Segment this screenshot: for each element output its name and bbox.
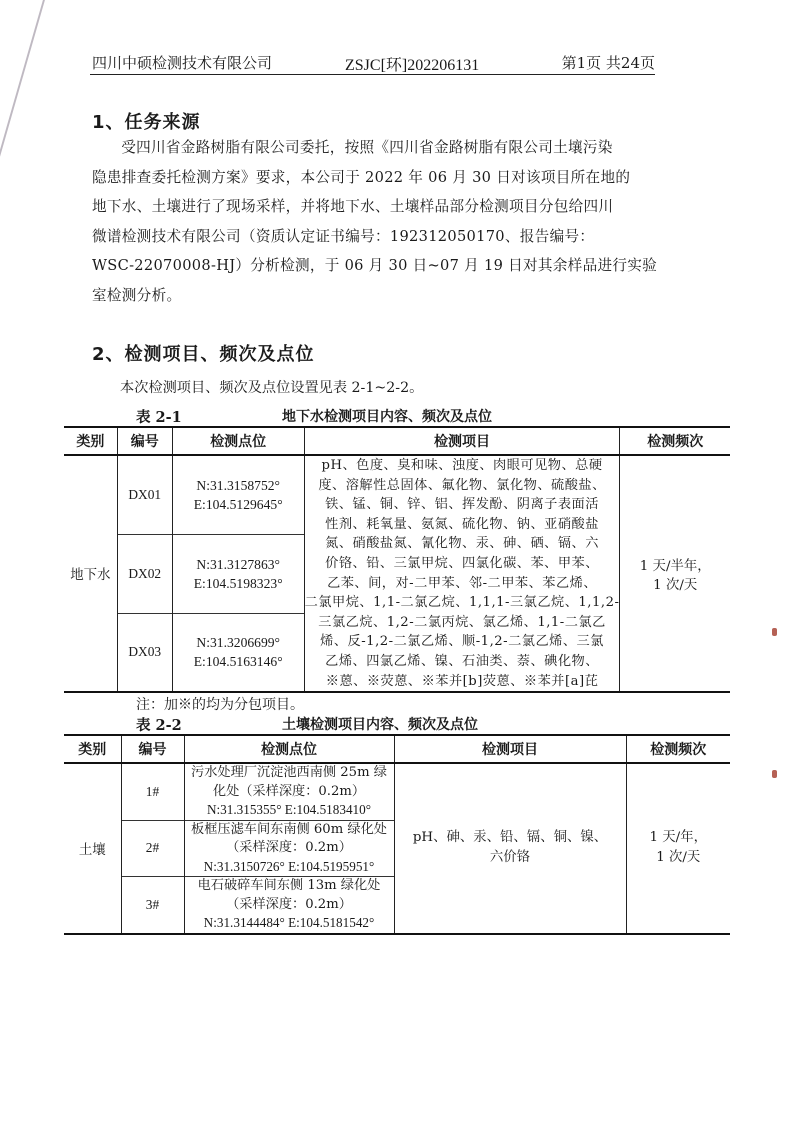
items-line: pH、色度、臭和味、浊度、肉眼可见物、总硬 — [305, 456, 620, 476]
table-1-caption: 地下水检测项目内容、频次及点位 — [282, 406, 492, 426]
location-desc: 电石破碎车间东侧 13m 绿化处 — [185, 877, 394, 896]
table-header-row: 类别 编号 检测点位 检测项目 检测频次 — [64, 735, 730, 763]
section-1-title: 1、任务来源 — [92, 108, 201, 134]
category-cell: 土壤 — [64, 763, 121, 934]
longitude: E:104.5129645° — [173, 495, 304, 514]
header-items: 检测项目 — [394, 735, 626, 763]
page-number: 第1页 共24页 — [562, 52, 655, 73]
location-desc: 污水处理厂沉淀池西南侧 25m 绿 — [185, 764, 394, 783]
scan-fold-shadow — [0, 0, 88, 170]
items-line: 烯、反-1,2-二氯乙烯、顺-1,2-二氯乙烯、三氯 — [305, 632, 620, 652]
table-row: 土壤 1# 污水处理厂沉淀池西南侧 25m 绿 化处（采样深度：0.2m） N:… — [64, 763, 730, 820]
frequency-line: 1 次/天 — [620, 574, 730, 593]
report-code: ZSJC[环]202206131 — [345, 52, 479, 75]
header-frequency: 检测频次 — [626, 735, 730, 763]
header-category: 类别 — [64, 427, 117, 455]
point-location: 污水处理厂沉淀池西南侧 25m 绿 化处（采样深度：0.2m） N:31.315… — [184, 763, 394, 820]
section-1-paragraph: 受四川省金路树脂有限公司委托，按照《四川省金路树脂有限公司土壤污染 隐患排查委托… — [92, 133, 662, 310]
items-line: 性剂、耗氧量、氨氮、硫化物、钠、亚硝酸盐 — [305, 515, 620, 535]
table-note: 注：加※的均为分包项目。 — [136, 694, 304, 714]
latitude: N:31.3127863° — [173, 555, 304, 574]
items-line: 二氯甲烷、1,1-二氯乙烷、1,1,1-三氯乙烷、1,1,2- — [305, 593, 620, 613]
paragraph-line: 地下水、土壤进行了现场采样，并将地下水、土壤样品部分检测项目分包给四川 — [92, 192, 662, 222]
paragraph-line: 受四川省金路树脂有限公司委托，按照《四川省金路树脂有限公司土壤污染 — [92, 133, 662, 163]
header-items: 检测项目 — [304, 427, 620, 455]
frequency-cell: 1 天/年， 1 次/天 — [626, 763, 730, 934]
point-coords: N:31.3144484° E:104.5181542° — [185, 914, 394, 933]
page-header: 四川中硕检测技术有限公司 ZSJC[环]202206131 第1页 共24页 — [90, 50, 655, 75]
sampling-depth: （采样深度：0.2m） — [185, 839, 394, 858]
category-cell: 地下水 — [64, 455, 117, 692]
point-id: 3# — [121, 877, 184, 934]
latitude: N:31.3206699° — [173, 633, 304, 652]
groundwater-table: 类别 编号 检测点位 检测项目 检测频次 地下水 DX01 N:31.31587… — [64, 426, 730, 693]
header-frequency: 检测频次 — [620, 427, 730, 455]
point-id: DX03 — [117, 613, 172, 692]
point-coords: N:31.315355° E:104.5183410° — [185, 801, 394, 820]
items-line: 度、溶解性总固体、氟化物、氯化物、硫酸盐、 — [305, 476, 620, 496]
table-1-number: 表 2-1 — [136, 406, 182, 427]
items-line: 六价铬 — [395, 848, 626, 868]
point-id: 1# — [121, 763, 184, 820]
soil-table: 类别 编号 检测点位 检测项目 检测频次 土壤 1# 污水处理厂沉淀池西南侧 2… — [64, 734, 730, 935]
longitude: E:104.5163146° — [173, 652, 304, 671]
items-cell: pH、色度、臭和味、浊度、肉眼可见物、总硬 度、溶解性总固体、氟化物、氯化物、硫… — [304, 455, 620, 692]
table-2-caption: 土壤检测项目内容、频次及点位 — [282, 714, 478, 734]
point-id: DX01 — [117, 455, 172, 534]
point-coords: N:31.3127863° E:104.5198323° — [172, 534, 304, 613]
company-name: 四川中硕检测技术有限公司 — [92, 52, 272, 73]
items-line: 乙苯、间，对-二甲苯、邻-二甲苯、苯乙烯、 — [305, 574, 620, 594]
longitude: E:104.5198323° — [173, 574, 304, 593]
section-2-title: 2、检测项目、频次及点位 — [92, 340, 315, 366]
items-line: pH、砷、汞、铅、镉、铜、镍、 — [395, 828, 626, 848]
items-line: 乙烯、四氯乙烯、镍、石油类、萘、碘化物、 — [305, 652, 620, 672]
header-location: 检测点位 — [184, 735, 394, 763]
point-location: 板框压滤车间东南侧 60m 绿化处 （采样深度：0.2m） N:31.31507… — [184, 820, 394, 877]
sampling-depth: 化处（采样深度：0.2m） — [185, 783, 394, 802]
header-id: 编号 — [117, 427, 172, 455]
header-category: 类别 — [64, 735, 121, 763]
paragraph-line: 室检测分析。 — [92, 281, 662, 311]
items-line: 价铬、铅、三氯甲烷、四氯化碳、苯、甲苯、 — [305, 554, 620, 574]
header-id: 编号 — [121, 735, 184, 763]
point-id: 2# — [121, 820, 184, 877]
frequency-line: 1 次/天 — [627, 848, 731, 868]
point-id: DX02 — [117, 534, 172, 613]
items-line: 氮、硝酸盐氮、氰化物、汞、砷、硒、镉、六 — [305, 534, 620, 554]
point-coords: N:31.3158752° E:104.5129645° — [172, 455, 304, 534]
frequency-cell: 1 天/半年， 1 次/天 — [620, 455, 730, 692]
sampling-depth: （采样深度：0.2m） — [185, 896, 394, 915]
paragraph-line: 隐患排查委托检测方案》要求，本公司于 2022 年 06 月 30 日对该项目所… — [92, 163, 662, 193]
items-cell: pH、砷、汞、铅、镉、铜、镍、 六价铬 — [394, 763, 626, 934]
latitude: N:31.3158752° — [173, 476, 304, 495]
items-line: ※蒽、※荧蒽、※苯并[b]荧蒽、※苯并[a]芘 — [305, 672, 620, 692]
point-coords: N:31.3206699° E:104.5163146° — [172, 613, 304, 692]
header-location: 检测点位 — [172, 427, 304, 455]
items-line: 三氯乙烷、1,2-二氯丙烷、氯乙烯、1,1-二氯乙 — [305, 613, 620, 633]
location-desc: 板框压滤车间东南侧 60m 绿化处 — [185, 821, 394, 840]
scan-mark — [772, 628, 777, 636]
point-coords: N:31.3150726° E:104.5195951° — [185, 858, 394, 877]
paragraph-line: WSC-22070008-HJ）分析检测，于 06 月 30 日~07 月 19… — [92, 251, 662, 281]
paragraph-line: 微谱检测技术有限公司（资质认定证书编号：192312050170、报告编号： — [92, 222, 662, 252]
items-line: 铁、锰、铜、锌、铝、挥发酚、阴离子表面活 — [305, 495, 620, 515]
scan-mark — [772, 770, 777, 778]
frequency-line: 1 天/年， — [627, 828, 731, 848]
table-header-row: 类别 编号 检测点位 检测项目 检测频次 — [64, 427, 730, 455]
section-2-intro: 本次检测项目、频次及点位设置见表 2-1~2-2。 — [120, 377, 423, 397]
table-row: 地下水 DX01 N:31.3158752° E:104.5129645° pH… — [64, 455, 730, 534]
point-location: 电石破碎车间东侧 13m 绿化处 （采样深度：0.2m） N:31.314448… — [184, 877, 394, 934]
table-2-number: 表 2-2 — [136, 714, 182, 735]
frequency-line: 1 天/半年， — [620, 555, 730, 574]
